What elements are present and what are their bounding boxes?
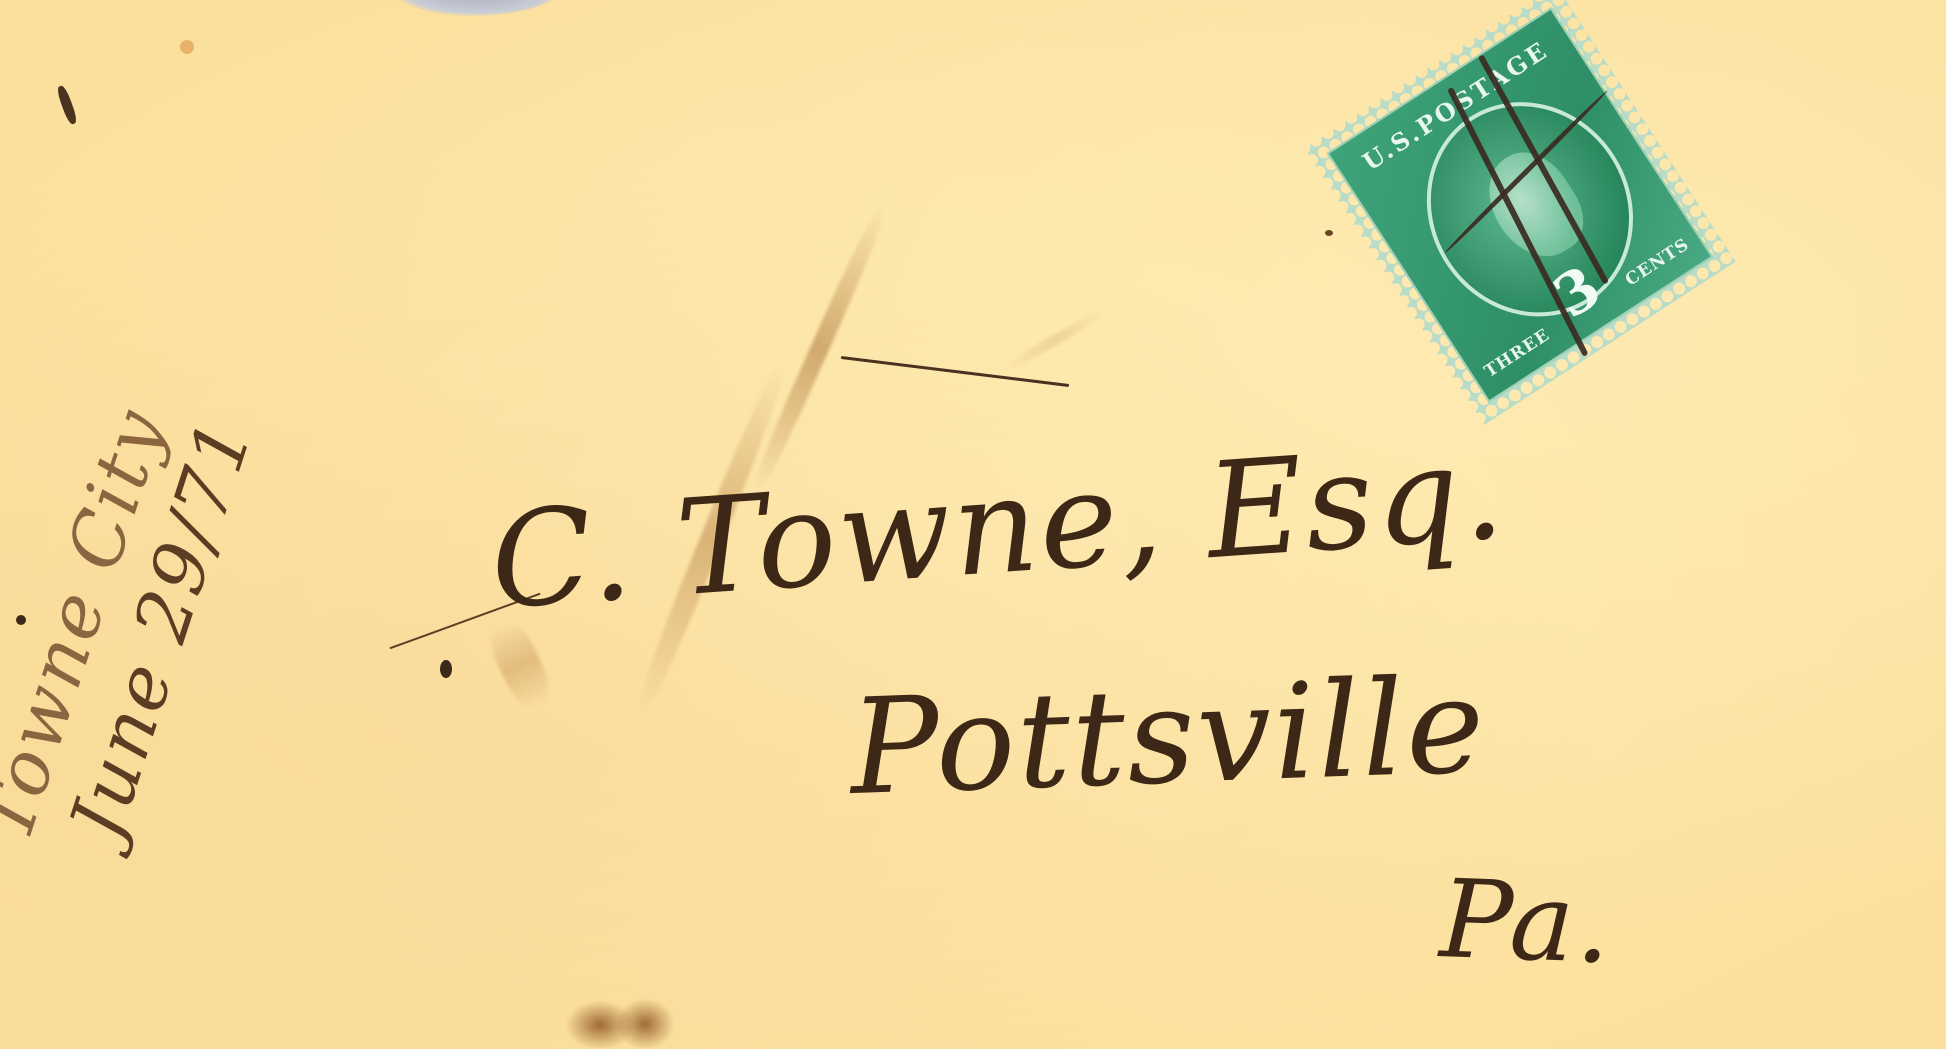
addressee-name: C. Towne, Esq.: [486, 415, 1510, 640]
envelope: Towne City June 29/71 U.S.POSTAGE THREE …: [0, 0, 1946, 1049]
ink-speck: [16, 615, 26, 625]
address-state: Pa.: [1438, 857, 1615, 988]
capital-t-flourish: [841, 356, 1070, 387]
brown-stain-streak: [1001, 306, 1110, 375]
stain-spot: [180, 40, 194, 54]
brown-stain-streak: [746, 200, 893, 500]
address-city: Pottsville: [848, 649, 1489, 825]
stamp-face: U.S.POSTAGE THREE 3 CENTS: [1326, 7, 1713, 403]
ink-speck: [1325, 230, 1333, 236]
ink-blot: [615, 998, 675, 1049]
ink-speck: [55, 84, 78, 125]
torn-flap-edge: [395, 0, 560, 16]
postage-stamp: U.S.POSTAGE THREE 3 CENTS: [1304, 0, 1735, 425]
ink-speck: [440, 660, 452, 678]
docket-notation: Towne City June 29/71: [0, 235, 318, 878]
